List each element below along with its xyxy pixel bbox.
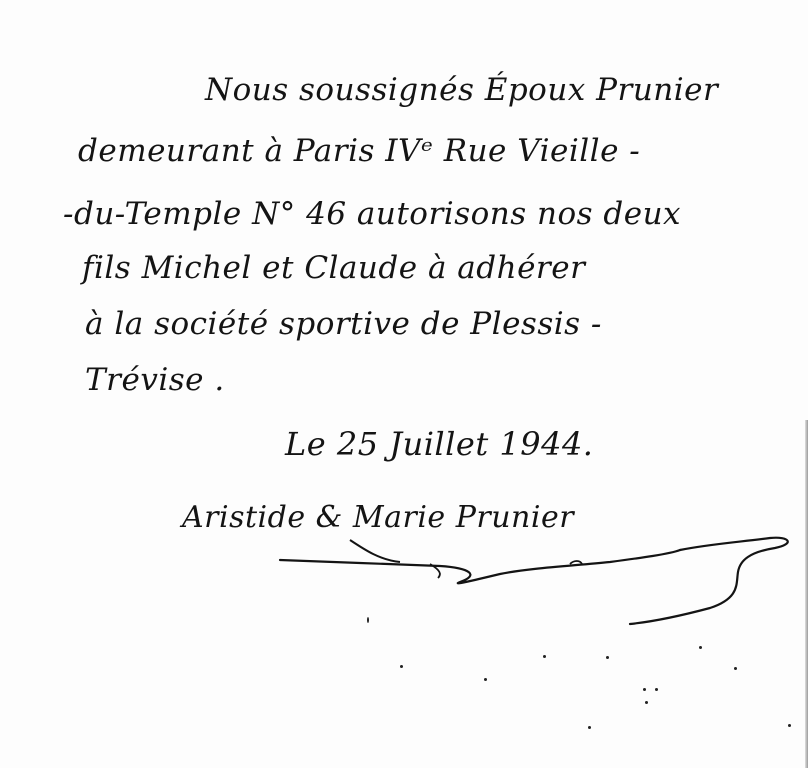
letter-line-1: Nous soussignés Époux Prunier <box>205 72 718 108</box>
signature-flourish-icon <box>270 520 800 630</box>
ink-speck <box>734 667 737 670</box>
ink-speck <box>699 646 702 649</box>
letter-line-6: Trévise . <box>85 362 225 398</box>
date-line: Le 25 Juillet 1944. <box>285 425 593 463</box>
letter-line-4: fils Michel et Claude à adhérer <box>82 250 585 286</box>
ink-speck <box>367 617 369 623</box>
ink-speck <box>788 724 791 727</box>
letter-line-5: à la société sportive de Plessis - <box>85 306 602 342</box>
ink-speck <box>655 688 658 691</box>
ink-speck <box>543 655 546 658</box>
scanned-letter: Nous soussignés Époux Prunier demeurant … <box>0 0 808 768</box>
letter-line-3: -du-Temple N° 46 autorisons nos deux <box>63 196 681 232</box>
ink-speck <box>606 656 609 659</box>
ink-speck <box>643 688 646 691</box>
letter-line-2: demeurant à Paris IVᵉ Rue Vieille - <box>78 133 640 169</box>
ink-speck <box>645 701 648 704</box>
ink-speck <box>588 726 591 729</box>
ink-speck <box>484 678 487 681</box>
ink-speck <box>400 665 403 668</box>
